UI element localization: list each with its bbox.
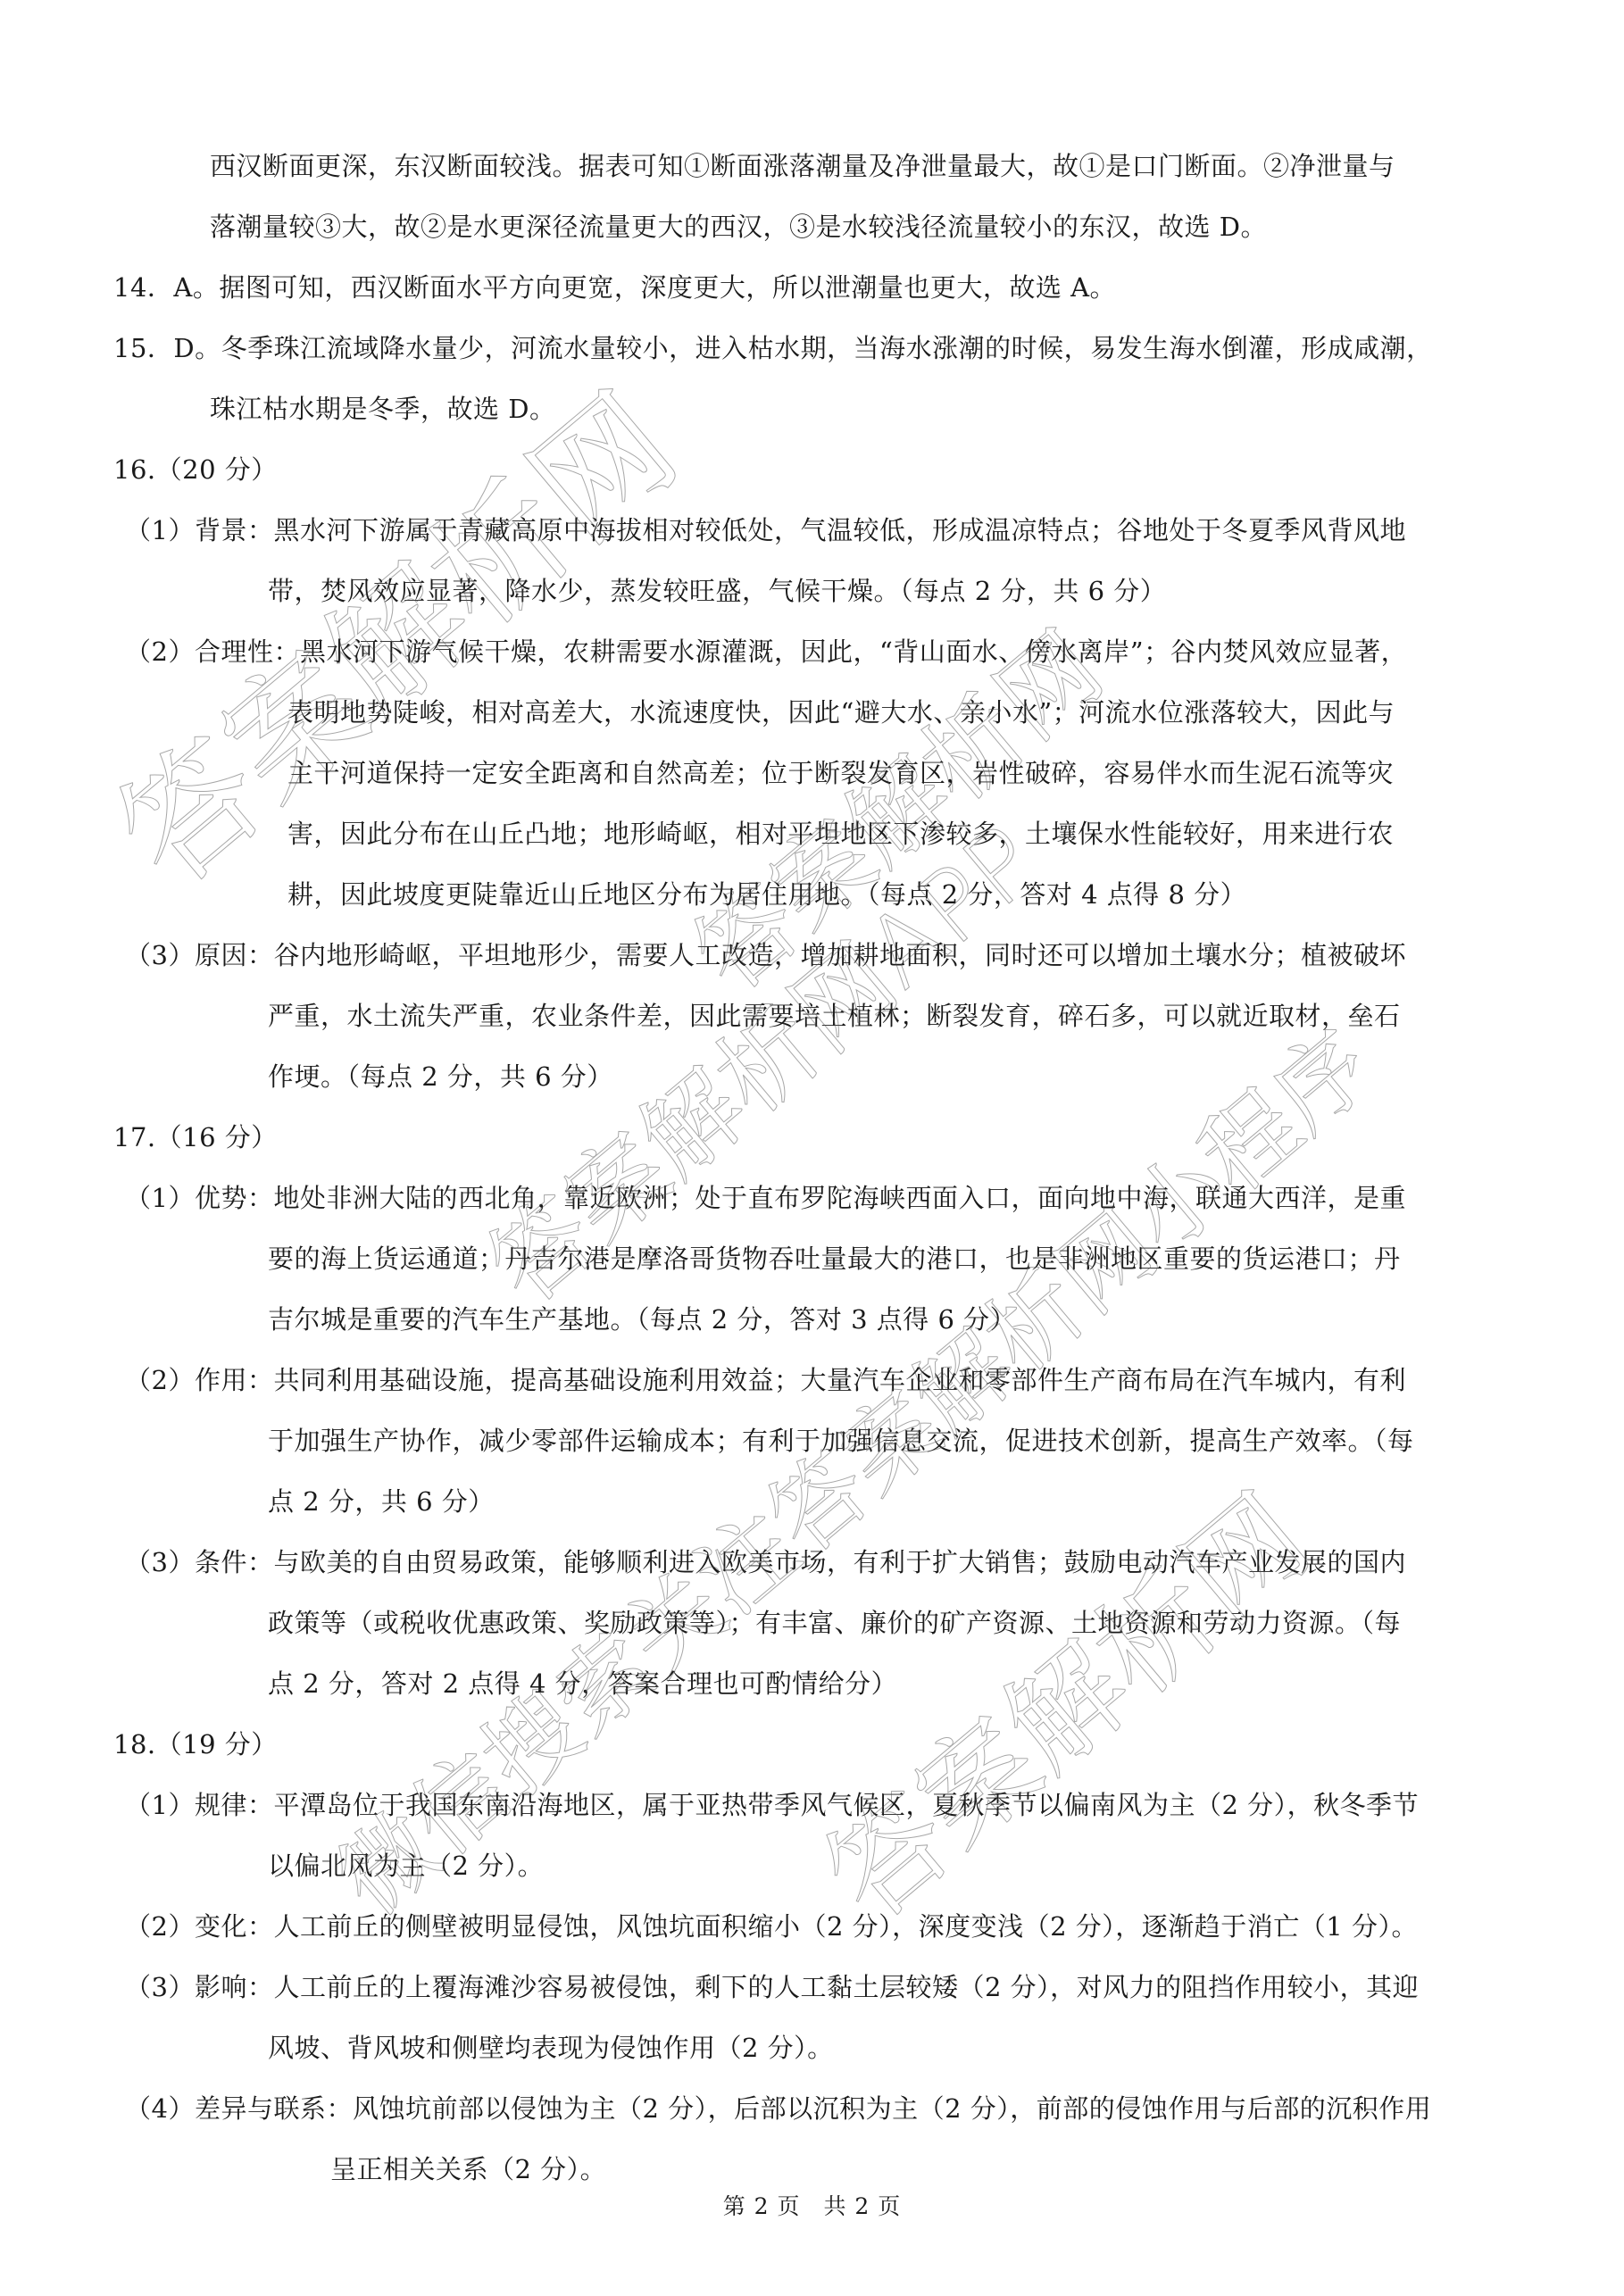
text-line: 带，焚风效应显著，降水少，蒸发较旺盛，气候干燥。（每点 2 分，共 6 分） [268,573,1166,609]
text-line: 14．A。据图可知，西汉断面水平方向更宽，深度更大，所以泄潮量也更大，故选 A。 [113,270,1116,305]
text-line: 要的海上货运通道；丹吉尔港是摩洛哥货物吞吐量最大的港口，也是非洲地区重要的货运港… [268,1241,1401,1277]
text-line: 呈正相关关系（2 分）。 [330,2151,606,2187]
text-line: （1）背景：黑水河下游属于青藏高原中海拔相对较低处，气温较低，形成温凉特点；谷地… [125,512,1406,548]
text-line: （2）变化：人工前丘的侧壁被明显侵蚀，风蚀坑面积缩小（2 分），深度变浅（2 分… [125,1909,1418,1944]
text-line: （3）影响：人工前丘的上覆海滩沙容易被侵蚀，剩下的人工黏土层较矮（2 分），对风… [125,1969,1419,2005]
text-line: 耕，因此坡度更陡靠近山丘地区分布为居住用地。（每点 2 分，答对 4 点得 8 … [287,877,1246,912]
text-line: 风坡、背风坡和侧壁均表现为侵蚀作用（2 分）。 [268,2030,834,2066]
text-line: 珠江枯水期是冬季，故选 D。 [210,391,555,427]
document-page: 西汉断面更深，东汉断面较浅。据表可知①断面涨落潮量及净泄量最大，故①是口门断面。… [0,0,1624,2296]
text-line: 主干河道保持一定安全距离和自然高差；位于断裂发育区，岩性破碎，容易伴水而生泥石流… [287,755,1394,791]
text-line: 政策等（或税收优惠政策、奖励政策等）；有丰富、廉价的矿产资源、土地资源和劳动力资… [268,1605,1401,1641]
text-line: 表明地势陡峻，相对高差大，水流速度快，因此“避大水、亲小水”；河流水位涨落较大，… [287,695,1395,730]
text-line: 以偏北风为主（2 分）。 [268,1848,544,1884]
text-line: 于加强生产协作，减少零部件运输成本；有利于加强信息交流，促进技术创新，提高生产效… [268,1423,1414,1459]
text-line: （1）规律：平潭岛位于我国东南沿海地区，属于亚热带季风气候区，夏秋季节以偏南风为… [125,1787,1419,1823]
text-line: 18.（19 分） [113,1726,278,1762]
text-line: 16.（20 分） [113,452,278,487]
text-line: （2）合理性：黑水河下游气候干燥，农耕需要水源灌溉，因此，“背山面水、傍水离岸”… [125,634,1407,670]
text-line: 点 2 分，共 6 分） [268,1484,495,1519]
text-line: 严重，水土流失严重，农业条件差，因此需要培土植林；断裂发育，碎石多，可以就近取材… [268,998,1401,1034]
page-footer: 第 2 页 共 2 页 [0,2189,1624,2221]
text-line: （2）作用：共同利用基础设施，提高基础设施利用效益；大量汽车企业和零部件生产商布… [125,1362,1406,1398]
text-line: 点 2 分，答对 2 点得 4 分，答案合理也可酌情给分） [268,1666,897,1701]
text-line: （1）优势：地处非洲大陆的西北角，靠近欧洲；处于直布罗陀海峡西面入口，面向地中海… [125,1180,1406,1216]
text-line: 害，因此分布在山丘凸地；地形崎岖，相对平坦地区下渗较多，土壤保水性能较好，用来进… [287,816,1394,852]
text-line: （3）原因：谷内地形崎岖，平坦地形少，需要人工改造，增加耕地面积，同时还可以增加… [125,937,1406,973]
text-line: （4）差异与联系：风蚀坑前部以侵蚀为主（2 分），后部以沉积为主（2 分），前部… [125,2091,1431,2126]
text-line: 吉尔城是重要的汽车生产基地。（每点 2 分，答对 3 点得 6 分） [268,1302,1016,1337]
text-line: 17.（16 分） [113,1119,278,1155]
text-line: 15．D。冬季珠江流域降水量少，河流水量较小，进入枯水期，当海水涨潮的时候，易发… [113,330,1433,366]
text-line: 落潮量较③大，故②是水更深径流量更大的西汉，③是水较浅径流量较小的东汉，故选 D… [210,209,1267,245]
text-line: 作埂。（每点 2 分，共 6 分） [268,1059,613,1094]
text-line: 西汉断面更深，东汉断面较浅。据表可知①断面涨落潮量及净泄量最大，故①是口门断面。… [210,148,1395,184]
text-line: （3）条件：与欧美的自由贸易政策，能够顺利进入欧美市场，有利于扩大销售；鼓励电动… [125,1544,1406,1580]
